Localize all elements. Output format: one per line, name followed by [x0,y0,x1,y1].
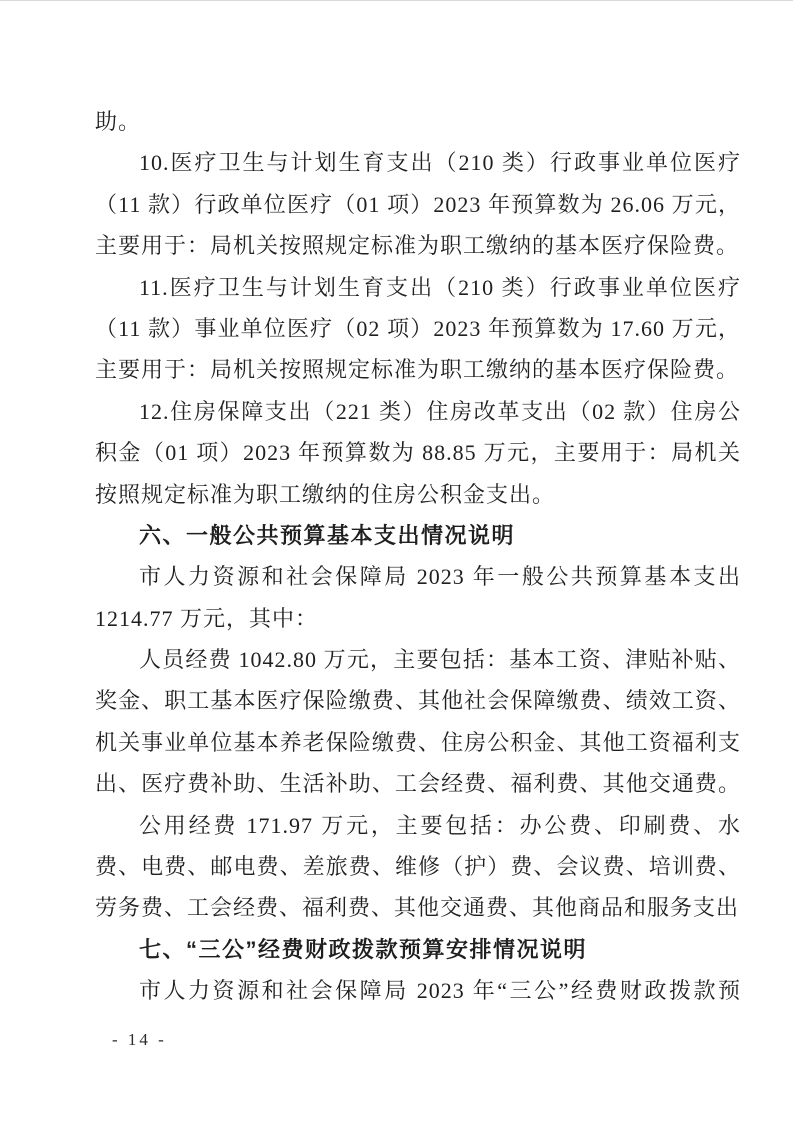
text-line: 劳务费、工会经费、福利费、其他交通费、其他商品和服务支出 [95,887,741,928]
text-line: 机关事业单位基本养老保险缴费、住房公积金、其他工资福利支 [95,722,741,763]
text-line: 主要用于：局机关按照规定标准为职工缴纳的基本医疗保险费。 [95,349,741,390]
section-heading: 六、一般公共预算基本支出情况说明 [95,515,741,556]
text-line: 1214.77 万元，其中： [95,598,741,639]
text-line: （11 款）行政单位医疗（01 项）2023 年预算数为 26.06 万元， [95,184,741,225]
page-top-border [0,0,793,1]
text-line: 主要用于：局机关按照规定标准为职工缴纳的基本医疗保险费。 [95,225,741,266]
text-line: 助。 [95,101,741,142]
text-line: 市人力资源和社会保障局 2023 年“三公”经费财政拨款预 [95,970,741,1011]
text-line: 市人力资源和社会保障局 2023 年一般公共预算基本支出 [95,556,741,597]
text-line: 10.医疗卫生与计划生育支出（210 类）行政事业单位医疗 [95,142,741,183]
text-line: 12.住房保障支出（221 类）住房改革支出（02 款）住房公 [95,391,741,432]
text-line: 出、医疗费补助、生活补助、工会经费、福利费、其他交通费。 [95,763,741,804]
section-heading: 七、“三公”经费财政拨款预算安排情况说明 [95,929,741,970]
text-line: 11.医疗卫生与计划生育支出（210 类）行政事业单位医疗 [95,267,741,308]
text-line: 公用经费 171.97 万元，主要包括：办公费、印刷费、水 [95,805,741,846]
text-line: 奖金、职工基本医疗保险缴费、其他社会保障缴费、绩效工资、 [95,680,741,721]
text-line: 按照规定标准为职工缴纳的住房公积金支出。 [95,474,741,515]
text-line: （11 款）事业单位医疗（02 项）2023 年预算数为 17.60 万元， [95,308,741,349]
text-line: 积金（01 项）2023 年预算数为 88.85 万元，主要用于：局机关 [95,432,741,473]
document-page: { "page": { "background_color": "#ffffff… [0,0,793,1122]
text-line: 人员经费 1042.80 万元，主要包括：基本工资、津贴补贴、 [95,639,741,680]
text-line: 费、电费、邮电费、差旅费、维修（护）费、会议费、培训费、 [95,846,741,887]
page-number: - 14 - [112,1029,167,1051]
document-body: 助。10.医疗卫生与计划生育支出（210 类）行政事业单位医疗（11 款）行政单… [95,101,741,1012]
